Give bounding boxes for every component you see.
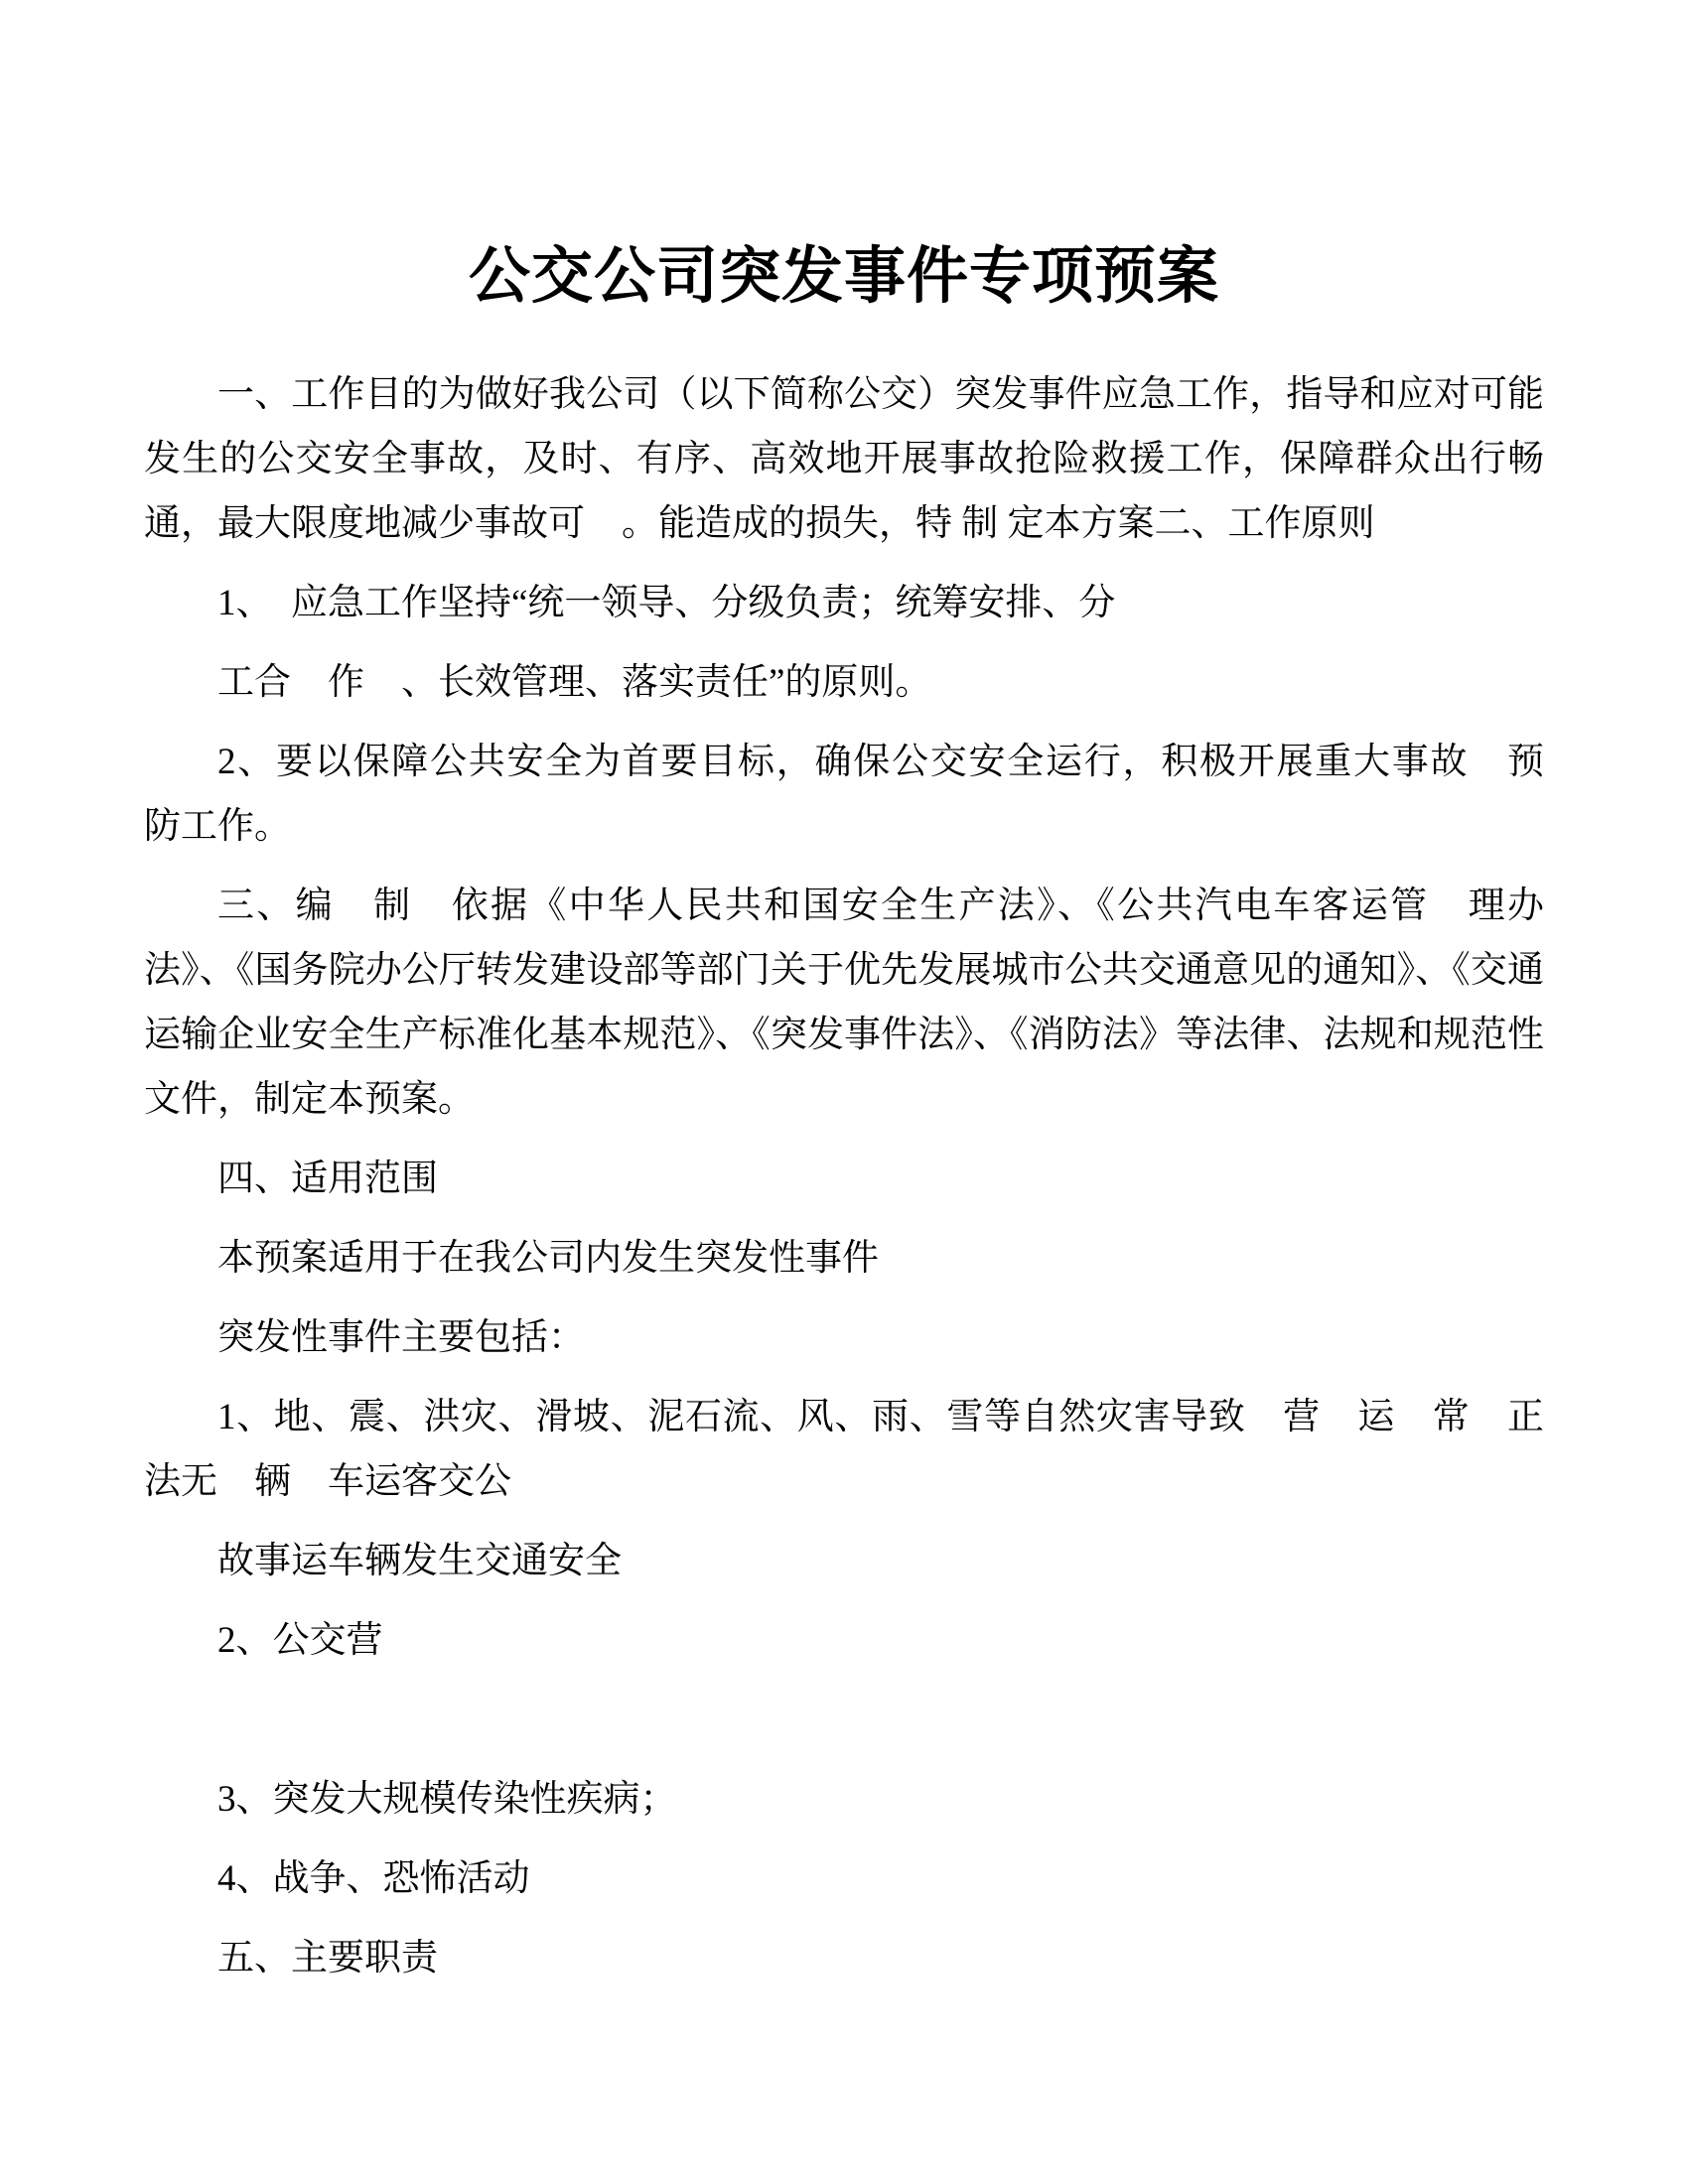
paragraph: 故事运车辆发生交通安全	[144, 1529, 1544, 1593]
paragraph: 1、地、震、洪灾、滑坡、泥石流、风、雨、雪等自然灾害导致 营 运 常 正法无 辆…	[144, 1385, 1544, 1514]
document-title: 公交公司突发事件专项预案	[144, 233, 1544, 323]
paragraph: 一、工作目的为做好我公司（以下简称公交）突发事件应急工作，指导和应对可能发生的公…	[144, 362, 1544, 556]
paragraph: 4、战争、恐怖活动	[144, 1846, 1544, 1911]
paragraph: 五、主要职责	[144, 1926, 1544, 1990]
document-page: 公交公司突发事件专项预案 一、工作目的为做好我公司（以下简称公交）突发事件应急工…	[0, 0, 1688, 2184]
paragraph: 本预案适用于在我公司内发生突发性事件	[144, 1226, 1544, 1291]
paragraph: 3、突发大规模传染性疾病；	[144, 1767, 1544, 1832]
document-body: 一、工作目的为做好我公司（以下简称公交）突发事件应急工作，指导和应对可能发生的公…	[144, 362, 1544, 1990]
paragraph: 2、公交营	[144, 1608, 1544, 1673]
paragraph: 工合 作 、长效管理、落实责任”的原则。	[144, 650, 1544, 715]
paragraph: 2、要以保障公共安全为首要目标，确保公交安全运行，积极开展重大事故 预 防工作。	[144, 730, 1544, 859]
paragraph-blank	[144, 1688, 1544, 1752]
paragraph: 四、适用范围	[144, 1147, 1544, 1211]
paragraph: 1、 应急工作坚持“统一领导、分级负责；统筹安排、分	[144, 571, 1544, 635]
paragraph: 三、编 制 依据《中华人民共和国安全生产法》、《公共汽电车客运管 理办法》、《国…	[144, 874, 1544, 1132]
paragraph: 突发性事件主要包括：	[144, 1305, 1544, 1370]
